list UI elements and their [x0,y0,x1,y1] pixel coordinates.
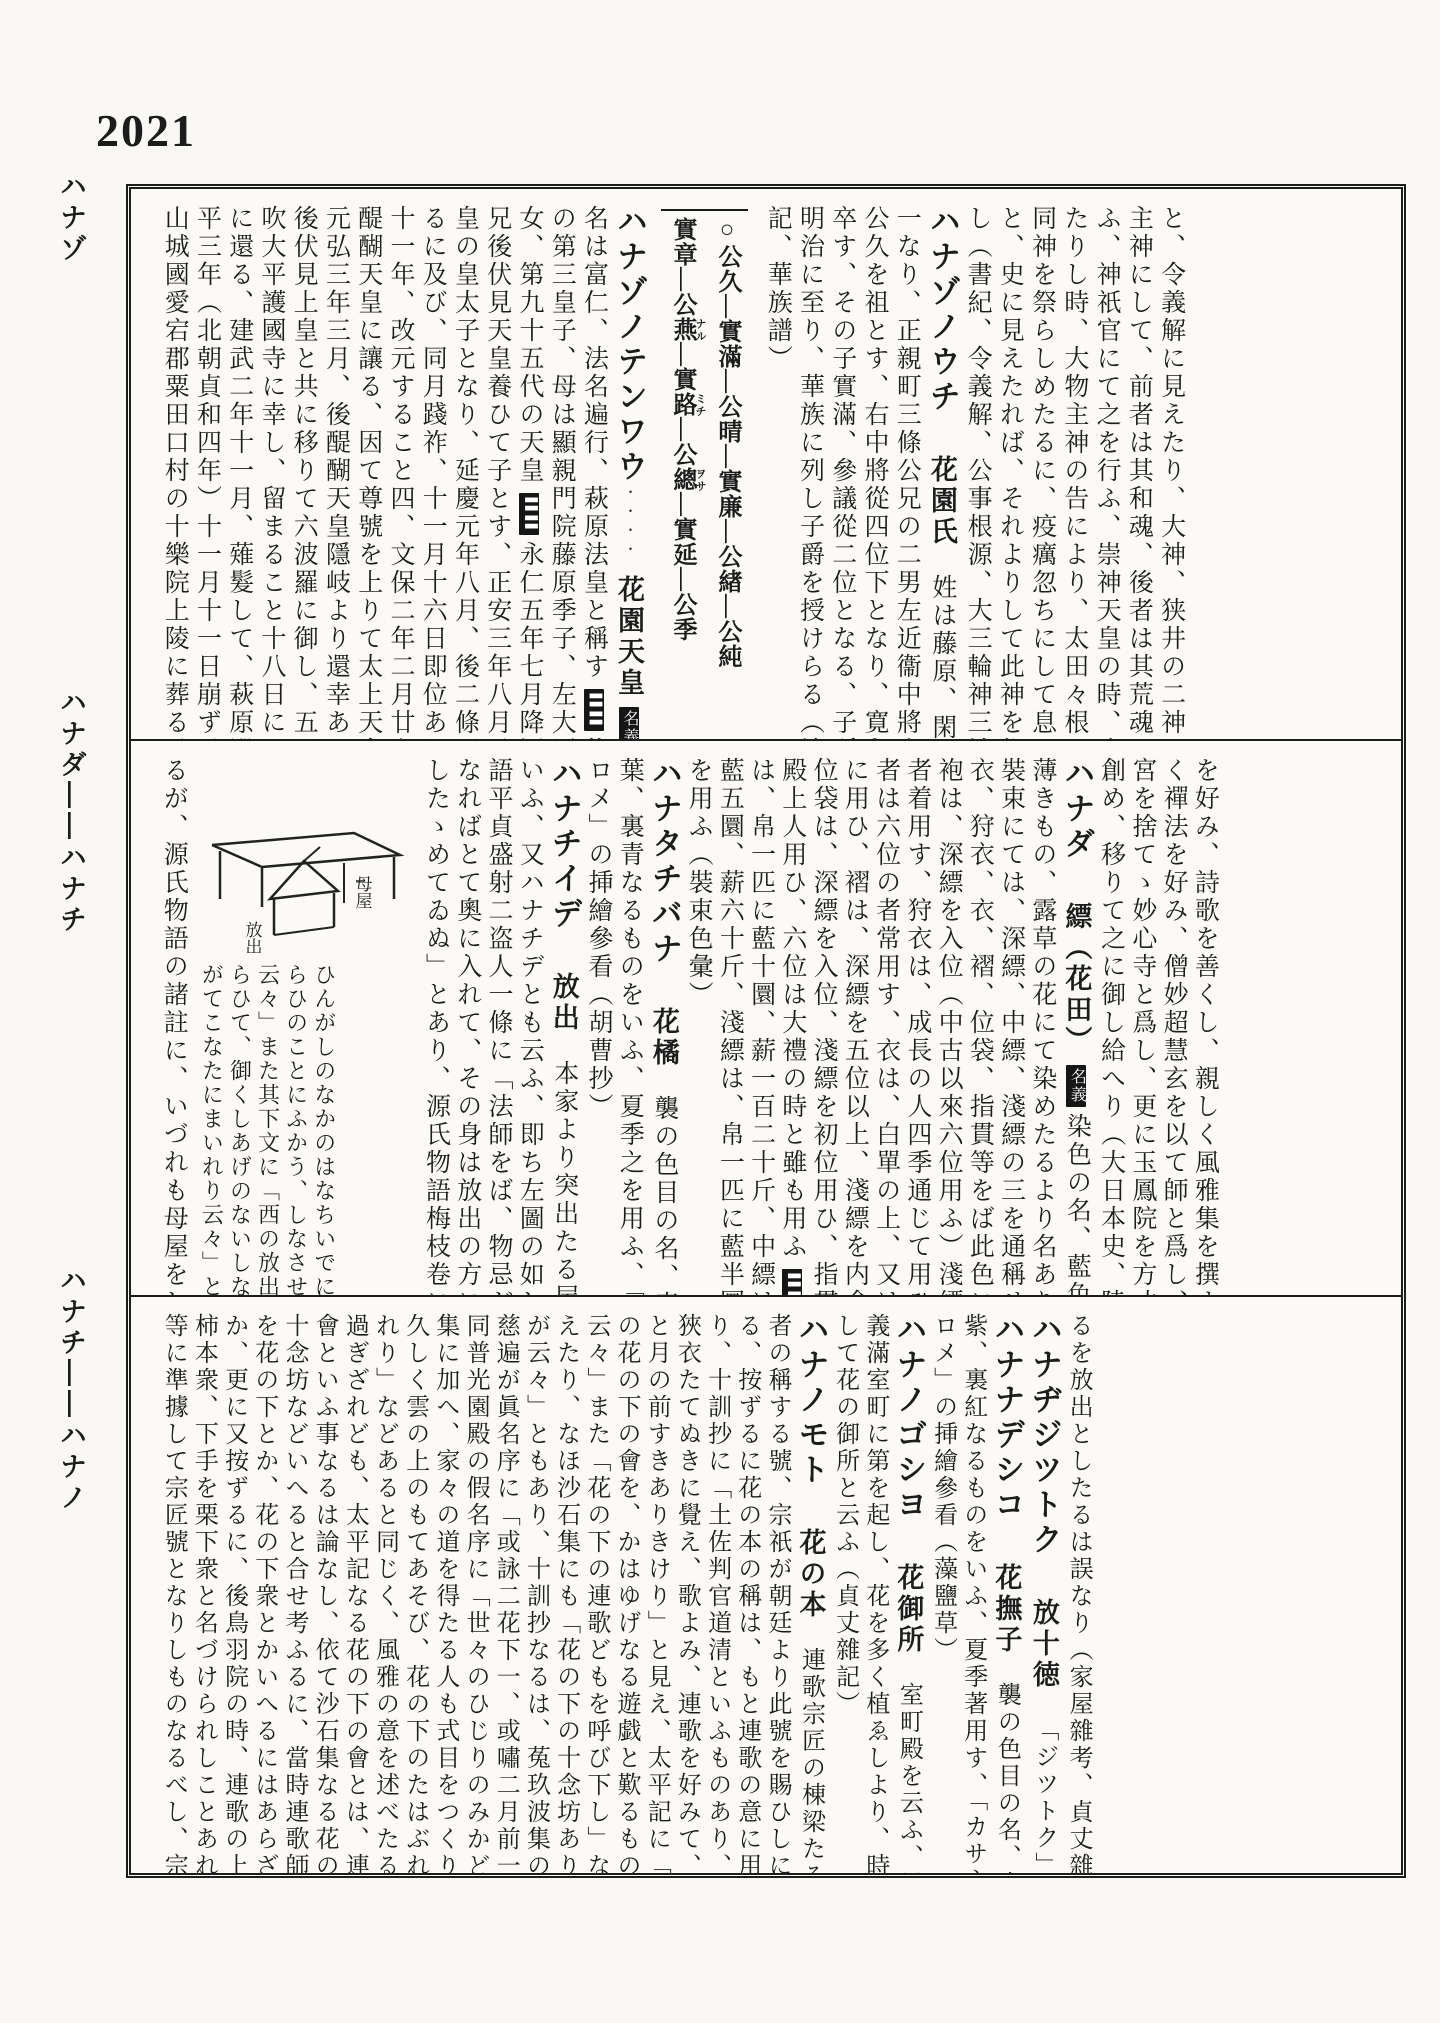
text-column: 葉、裏青なるものをいふ、夏季之を用ふ、「カサネノイ [616,757,642,1281]
entry-headword-hanatachibana: ハナタチバナ花橘襲の色目の名、表朽 [647,757,680,1281]
text-column: なればとて奧に入れて、その身は放出の方に居て、食 [454,757,480,1281]
text-column: るに及び、同月踐祚、十一月十六日即位あり、在位 [419,205,445,725]
headword-kana: ハナタチバナ [647,757,682,967]
category-label-meigi: 名義 [619,707,639,739]
headword-kanji: 放出 [549,972,579,1034]
category-label-meigi: 名義 [1066,1065,1086,1107]
text-column: 名は富仁、法名遍行、萩原法皇と稱す〓〓伏見天皇 [580,205,606,725]
text-column: し（書紀、令義解、公事根源、大三輪神三社鎭座次第） [964,205,990,725]
text-column: の第三皇子、母は顯親門院藤原季子、左大臣實雄の [548,205,574,725]
band2-columns: を好み、詩歌を善くし、親しく風雅集を撰す、また深 く禪法を好み、僧妙超慧玄を以て… [155,757,1222,1281]
headword-kanji: 花撫子 [991,1563,1021,1656]
text-column: いふ、又ハナチデとも云ふ、即ち左圖の如し、今昔物 [516,757,542,1281]
headword-kana: ハナチイデ [547,757,582,932]
text-band-1: と、令義解に見えたり、大神、狭井の二神は共に大物 主神にして、前者は其和魂、後者… [131,189,1401,739]
text-column: を用ふ（裝束色彙） [685,757,711,1281]
text-column: に還る、建武二年十一月、薙髮して、萩原殿に居り、正 [226,205,252,725]
text-column: 位袋は、深縹を入位、淺縹を初位用ひ、指貫は、幼少の [810,757,836,1281]
text-column: して花の御所と云ふ（貞丈雜記） [831,1313,856,1859]
page-frame: と、令義解に見えたり、大神、狭井の二神は共に大物 主神にして、前者は其和魂、後者… [126,184,1406,1878]
text-column: 明治に至り、華族に列し子爵を授けらる（諸家知譜拙 [796,205,822,725]
margin-guide-word-bottom: ハナチ――ハナノ [52,1266,91,1514]
text-column: る、按ずるに花の本の稱は、もと連歌の意に用ひた [734,1313,759,1859]
headword-kana: ハナノゴシヨ [891,1313,926,1523]
margin-guide-word-middle: ハナダ――ハナチ [52,688,91,936]
headword-kana: ハナナデシコ [989,1313,1024,1523]
text-column: 久しく雲の上のもてあそび、花の下のたはぶれとな [402,1313,427,1859]
page-number: 2021 [96,104,196,157]
headword-kana: ハナゾノウチ [925,205,960,415]
text-column: 創め、移りて之に御し給へり（大日本史、陵墓一覽） [1097,757,1123,1281]
text-column: 一なり、正親町三條公兄の二男左近衞中將實教の男、 [893,205,919,725]
text-column: らひて、御くしあげのないしなども、や [228,963,251,1263]
text-column: るが、源氏物語の諸註に、いづれも母屋をしきりた [160,757,186,1281]
text-column: 者は六位の者常用す、衣は、白單の上、又は白二の上 [872,757,898,1281]
entry-headword-hananogosho: ハナノゴシヨ花御所室町殿を云ふ、足利 [892,1313,925,1859]
category-label-illegible: 〓〓 [584,689,604,731]
text-column: 裝束にては、深縹、中縹、淺縹の三を通稱せり、袍、直 [997,757,1023,1281]
text-column: 集に加へ、家々の道を得たる人も式目をつくりて、 [432,1313,457,1859]
text-column: 云々」また其下文に「西の放出をしつ [256,963,279,1263]
text-column: 狹衣たてぬきに覺え、歌よみ、連歌を好みて、花のも [673,1313,698,1859]
margin-guide-word-top: ハナゾ [52,172,91,265]
text-column: く禪法を好み、僧妙超慧玄を以て師と爲し、花園離 [1160,757,1186,1281]
entry-text: 連歌宗匠の棟梁たる [797,1647,823,1873]
text-column: 宮を捨てゝ妙心寺と爲し、更に玉鳳院を方丈の側に [1129,757,1155,1281]
text-column: 過ぎざれども、太平記なる花の下の會とは、連歌の [341,1313,366,1859]
text-column: 十念坊などいへると合せ考ふるに、當時連歌師の事 [281,1313,306,1859]
short-columns-under-figure: ひんがしのなかのはなちいでに御しつ らひのことにふかう、しなさせ給うて 云々」ま… [195,963,340,1263]
text-column: 慈遍が眞名序に「或詠二花下一、或嘯二月前一輩」とあり、 [492,1313,517,1859]
headword-kanji: 花園天皇 [614,575,644,699]
text-column: ひんがしのなかのはなちいでに御しつ [313,963,336,1263]
text-column: と、史に見えたれば、それよりして此神を祭るなるべ [996,205,1022,725]
entry-text: 姓は藤原、閑院家の [929,574,956,739]
headword-kana: ハナヂジツトク [1027,1313,1062,1558]
entry-headword-hananadeshiko: ハナナデシコ花撫子襲の色目の名、表 [990,1313,1023,1859]
entry-text: 染色の名、藍色の [1063,1113,1090,1295]
category-label-illegible: 〓〓 [782,1269,802,1295]
text-column: 袍は、深縹を入位（中古以來六位用ふ）淺縹を初位の [935,757,961,1281]
headword-kanji: 花橘 [649,1007,679,1069]
text-column: 平三年（北朝貞和四年）十一月十一日崩ず、壽五十二、 [193,205,219,725]
figure-label-moya: 母屋 [353,875,373,909]
text-column: を花の下とか、花の下衆とかいへるにはあらざりし [251,1313,276,1859]
headword-kanji: 花御所 [893,1563,923,1656]
text-column: 後伏見上皇と共に移りて六波羅に御し、五月また伊 [290,205,316,725]
text-column: 者の稱する號、宗祇が朝廷より此號を賜ひしに始ま [764,1313,789,1859]
text-column: 女、第九十五代の天皇〓〓永仁五年七月降誕、皇 [516,205,542,725]
band3-columns: るを放出としたるは誤なり（家屋雜考、貞丈雜記） ハナヂジツトク放十徳「ジツトク」… [155,1313,1095,1859]
genealogy-line-1: ○公久―實滿―公晴―實廉―公緖―公純 [715,217,739,716]
entry-headword-hanada: ハナダ縹（花田）名義染色の名、藍色の [1060,757,1093,1281]
text-column: がてこなたにまいれり云々」と見えた [200,963,223,1263]
text-column: の花の下の會を、かはゆげなる遊戯と歎るものなり [613,1313,638,1859]
entry-headword-hananomoto: ハナノモト花の本連歌宗匠の棟梁たる [794,1313,827,1859]
headword-kanji: 放十徳 [1029,1598,1059,1691]
figure-label-hanachiide: 放出 [243,921,263,953]
entry-headword-hanaji-jittoku: ハナヂジツトク放十徳「ジツトク」を見よ [1027,1313,1060,1859]
text-column: 十一年、改元すること四、文保二年二月廿六日位を後 [387,205,413,725]
text-column: 藍五圜、薪六十斤、淺縹は、帛一匹に藍半圜、薪三十斤 [716,757,742,1281]
text-column: らひのことにふかう、しなさせ給うて [285,963,308,1263]
text-column: 等に準據して宗匠號となりしものなるべし、宗祇の [160,1313,185,1859]
text-column: と、令義解に見えたり、大神、狭井の二神は共に大物 [1157,205,1183,725]
entry-text: 襲の色目の名、表 [993,1682,1019,1873]
text-column: 兄後伏見天皇養ひて子とす、正安三年八月、後二條天 [484,205,510,725]
emphasis-dots: ・・・・ [622,485,637,561]
text-column: したゝめてゐぬ」とあり、源氏物語梅枝卷に「うへは [422,757,448,1281]
text-column: ふ、神祇官にて之を行ふ、崇神天皇の時、疾疫流行し [1093,205,1119,725]
text-column: と月の前すきありきけり」と見え、太平記に「將軍家 [643,1313,668,1859]
category-label-illegible: 〓〓 [519,493,539,535]
text-column: り、十訓抄に「土佐判官道清といふものあり、源氏 [703,1313,728,1859]
text-column: 卒す、その子實滿、參議從二位となる、子孫相繼ぎて [829,205,855,725]
text-column: れり」などあると同じく、風雅の意を述べたる詞に [371,1313,396,1859]
text-column: 衣、狩衣、衣、褶、位袋、指貫等をば此色にて染め用ふ、 [966,757,992,1281]
entry-headword-hanazono-uji: ハナゾノウチ花園氏姓は藤原、閑院家の [925,205,958,725]
text-column: 同普光園殿の假名序に「世々のひじりのみかども撰 [462,1313,487,1859]
text-column: に用ひ、褶は、深縹を五位以上、淺縹を内命婦着用す、 [841,757,867,1281]
text-column: 義滿室町に第を起し、花を多く植ゑしより、時人稱 [862,1313,887,1859]
entry-headword-hanachiide: ハナチイデ放出本家より突出たる屋室を [547,757,580,1281]
text-column: ロメ」の挿繪參看（藻鹽草） [929,1313,954,1859]
genealogy-line-2: 實章―公燕ナル―實路ミチ―公總ヲサ―實延―公季 [670,217,706,716]
headword-kanji: 縹（花田） [1061,902,1091,1057]
text-column: を好み、詩歌を善くし、親しく風雅集を撰す、また深 [1191,757,1217,1281]
text-column: 公久を祖とす、右中將從四位下となり、寛永十二年 [861,205,887,725]
headword-kana: ハナゾノテンワウ [612,205,647,485]
band1-columns: と、令義解に見えたり、大神、狭井の二神は共に大物 主神にして、前者は其和魂、後者… [155,205,1190,725]
headword-kanji: 花の本 [795,1528,825,1621]
text-band-2: を好み、詩歌を善くし、親しく風雅集を撰す、また深 く禪法を好み、僧妙超慧玄を以て… [131,739,1401,1295]
entry-headword-hanazono-tennou: ハナゾノテンワウ・・・・花園天皇名義御 [613,205,646,725]
text-column: 云々」また「花の下の連歌どもを呼び下し」など見 [583,1313,608,1859]
text-column: えたり、なほ沙石集にも「花の下の十念坊ありける [552,1313,577,1859]
text-column: 同神を祭らしめたるに、疫癘忽ちにして息みたるこ [1028,205,1054,725]
text-column: 柿本衆、下手を栗下衆と名づけられしことあれば、是 [190,1313,215,1859]
genealogy-chart: ○公久―實滿―公晴―實廉―公緖―公純 實章―公燕ナル―實路ミチ―公總ヲサ―實延―… [661,209,748,716]
text-column: 吹大平護國寺に幸し、留まること十八日にして京都 [258,205,284,725]
text-column: 薄きもの、露草の花にて染めたるより名ありといふ、 [1029,757,1055,1281]
headword-kanji: 花園氏 [927,455,957,548]
text-column: が云々」ともあり、十訓抄なるは、菟玖波集の僧正 [522,1313,547,1859]
house-illustration-block: 母屋 放出 ひんがしのなかのはなちいでに御しつ らひのことにふかう、しなさせ給う… [195,757,413,1281]
entry-text: 本家より突出たる屋室を [551,1060,578,1295]
text-column: 會といふ事なるは論なし、依て沙石集なる花の下の [311,1313,336,1859]
text-column: 語平貞盛射二盗人一條に「法師をば、物忌がたくおはす [485,757,511,1281]
headword-kana: ハナノモト [793,1313,828,1488]
text-column: たりし時、大物主神の告により、太田々根子をして、 [1061,205,1087,725]
text-column: 殿上人用ひ、六位は大禮の時と雖も用ふ〓〓深縹 [779,757,805,1281]
entry-text: 「ジツトク」を見よ [1031,1717,1057,1873]
text-column: 主神にして、前者は其和魂、後者は其荒魂なりと傳 [1125,205,1151,725]
entry-text: 襲の色目の名、表朽 [651,1095,678,1295]
text-column: 皇の皇太子となり、延慶元年八月、後二條天皇崩ず [451,205,477,725]
text-column: か、更に又按ずるに、後鳥羽院の時、連歌の上手を [220,1313,245,1859]
text-band-3: るを放出としたるは誤なり（家屋雜考、貞丈雜記） ハナヂジツトク放十徳「ジツトク」… [131,1295,1401,1873]
house-illustration: 母屋 放出 [204,803,404,953]
text-column: 者着用す、狩衣は、成長の人四季通じて用ひ、白裏の [904,757,930,1281]
text-column: 記、華族譜） [764,205,790,725]
text-column: は、帛一匹に藍十圜、薪一百二十斤、中縹は、帛一匹に [747,757,773,1281]
text-column: 紫、裏紅なるものをいふ、夏季著用す、「カサネノイ [960,1313,985,1859]
text-column: 醍醐天皇に讓る、因て尊號を上りて太上天皇といふ、 [355,205,381,725]
text-column: 山城國愛宕郡粟田口村の十樂院上陵に葬る、天皇學 [161,205,187,725]
text-column: 元弘三年三月、後醍醐天皇隱岐より還幸あるに及び [322,205,348,725]
headword-kana: ハナダ [1059,757,1094,862]
text-column: ロメ」の挿繪參看（胡曹抄） [585,757,611,1281]
entry-text: 室町殿を云ふ、足利 [895,1682,921,1873]
text-column: るを放出としたるは誤なり（家屋雜考、貞丈雜記） [1065,1313,1090,1859]
